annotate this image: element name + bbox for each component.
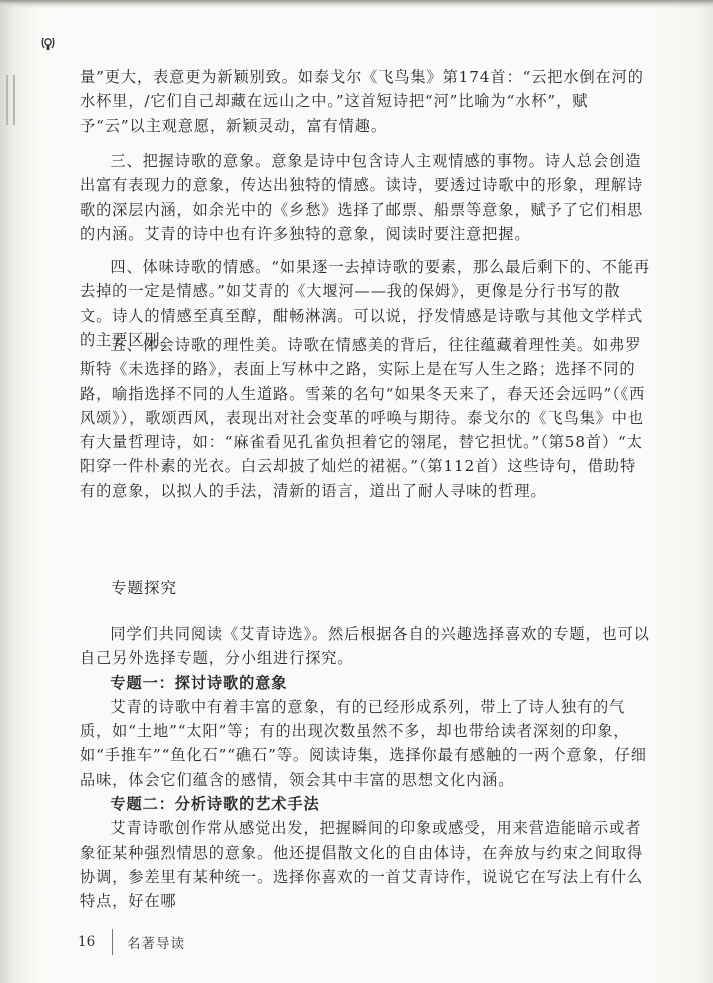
topic-body: 艾青诗歌创作常从感觉出发，把握瞬间的印象或感受，用来营造能暗示或者象征某种强烈情… (80, 816, 652, 913)
lightbulb-icon (40, 35, 58, 53)
section-body: 同学们共同阅读《艾青诗选》。然后根据各自的兴趣选择喜欢的专题，也可以自己另外选择… (80, 622, 652, 914)
binding-marks (4, 75, 18, 125)
section-title: 专题探究 (111, 576, 177, 598)
paragraph-text: 三、把握诗歌的意象。意象是诗中包含诗人主观情感的事物。诗人总会创造出富有表现力的… (80, 149, 652, 246)
page-number: 16 (78, 934, 106, 950)
page-footer: 16 名著导读 (78, 930, 185, 954)
section-intro: 同学们共同阅读《艾青诗选》。然后根据各自的兴趣选择喜欢的专题，也可以自己另外选择… (80, 622, 652, 671)
book-page: 量”更大，表意更为新颖别致。如泰戈尔《飞鸟集》第174首：“云把水倒在河的水杯里… (0, 0, 713, 983)
paragraph-rational-beauty: 五、体会诗歌的理性美。诗歌在情感美的背后，往往蕴藏着理性美。如弗罗斯特《未选择的… (80, 333, 652, 503)
page-edge-shadow (0, 0, 713, 8)
topic-body: 艾青的诗歌中有着丰富的意象，有的已经形成系列，带上了诗人独有的气质，如“土地”“… (80, 695, 652, 792)
paragraph-text: 量”更大，表意更为新颖别致。如泰戈尔《飞鸟集》第174首：“云把水倒在河的水杯里… (80, 65, 652, 138)
topic-title: 专题二：分析诗歌的艺术手法 (80, 792, 652, 816)
paragraph-text: 五、体会诗歌的理性美。诗歌在情感美的背后，往往蕴藏着理性美。如弗罗斯特《未选择的… (80, 333, 652, 503)
topic-title: 专题一：探讨诗歌的意象 (80, 671, 652, 695)
book-title: 名著导读 (127, 932, 185, 952)
paragraph-continuation: 量”更大，表意更为新颖别致。如泰戈尔《飞鸟集》第174首：“云把水倒在河的水杯里… (80, 65, 652, 138)
paragraph-imagery: 三、把握诗歌的意象。意象是诗中包含诗人主观情感的事物。诗人总会创造出富有表现力的… (80, 149, 652, 246)
footer-divider (112, 929, 113, 955)
